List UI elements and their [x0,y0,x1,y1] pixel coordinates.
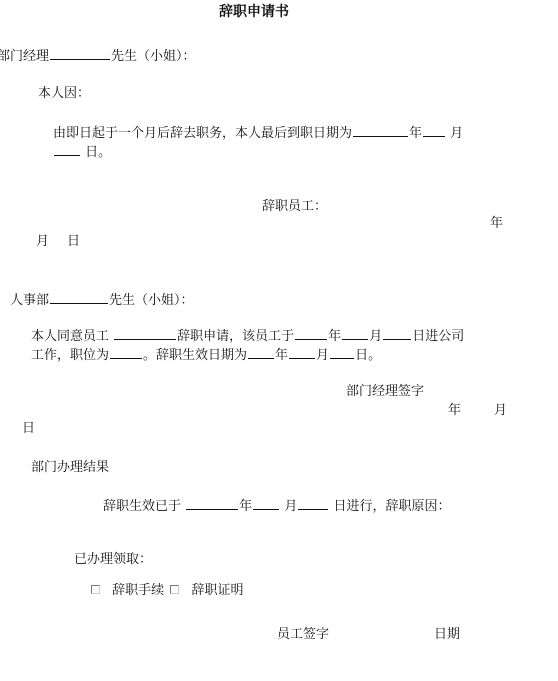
last-day-day-field[interactable] [54,143,80,156]
resignation-certificate-label: 辞职证明 [191,583,243,598]
salutation-hr: 人事部先生（小姐）： [10,291,194,309]
document-title: 辞职申请书 [219,4,289,20]
manager-sign-label: 部门经理签字 [346,384,424,400]
resignation-statement-line2: 日。 [53,143,111,161]
effective-day-field[interactable] [330,346,354,359]
employee-date-day: 日 [67,234,80,250]
resignation-statement-line1: 由即日起于一个月后辞去职务，本人最后到职日期为年 月 [53,124,463,142]
effective-year-field[interactable] [248,346,274,359]
checkbox-group: 辞职手续 辞职证明 [91,583,243,599]
position-field[interactable] [110,346,142,359]
employee-name-field[interactable] [114,327,176,340]
hr-name-field[interactable] [50,291,108,304]
resignation-procedure-checkbox[interactable] [91,585,100,594]
effective-month-field[interactable] [289,346,315,359]
manager-date-year: 年 [448,403,461,419]
join-year-field[interactable] [295,327,327,340]
salutation-manager: 部门经理先生（小姐）： [0,47,196,65]
join-month-field[interactable] [342,327,368,340]
manager-name-field[interactable] [50,47,110,60]
result-month-field[interactable] [253,497,279,510]
approval-line1: 本人同意员工 辞职申请，该员工于年月日进公司 [31,327,464,345]
employee-sign-label: 辞职员工： [262,199,327,215]
last-day-month-field[interactable] [423,124,445,137]
employee-signature-label: 员工签字 [277,627,329,643]
approval-line2: 工作，职位为。辞职生效日期为年月日。 [31,346,381,364]
effective-line: 辞职生效已于 年 月 日进行，辞职原因： [103,497,450,515]
manager-date-month: 月 [494,403,507,419]
salutation-manager-prefix: 部门经理 [0,49,49,64]
resignation-certificate-checkbox[interactable] [170,585,179,594]
last-day-year-field[interactable] [353,124,408,137]
resignation-procedure-label: 辞职手续 [112,583,164,598]
result-year-field[interactable] [186,497,238,510]
salutation-manager-suffix: 先生（小姐）： [111,49,196,64]
handled-label: 已办理领取： [74,552,152,568]
reason-label: 本人因： [38,86,90,102]
result-day-field[interactable] [298,497,328,510]
dept-result-label: 部门办理结果 [31,460,109,476]
employee-date-month: 月 [36,234,49,250]
manager-date-day: 日 [22,421,35,437]
employee-date-year: 年 [490,216,503,232]
join-day-field[interactable] [383,327,411,340]
date-label: 日期 [434,627,460,643]
